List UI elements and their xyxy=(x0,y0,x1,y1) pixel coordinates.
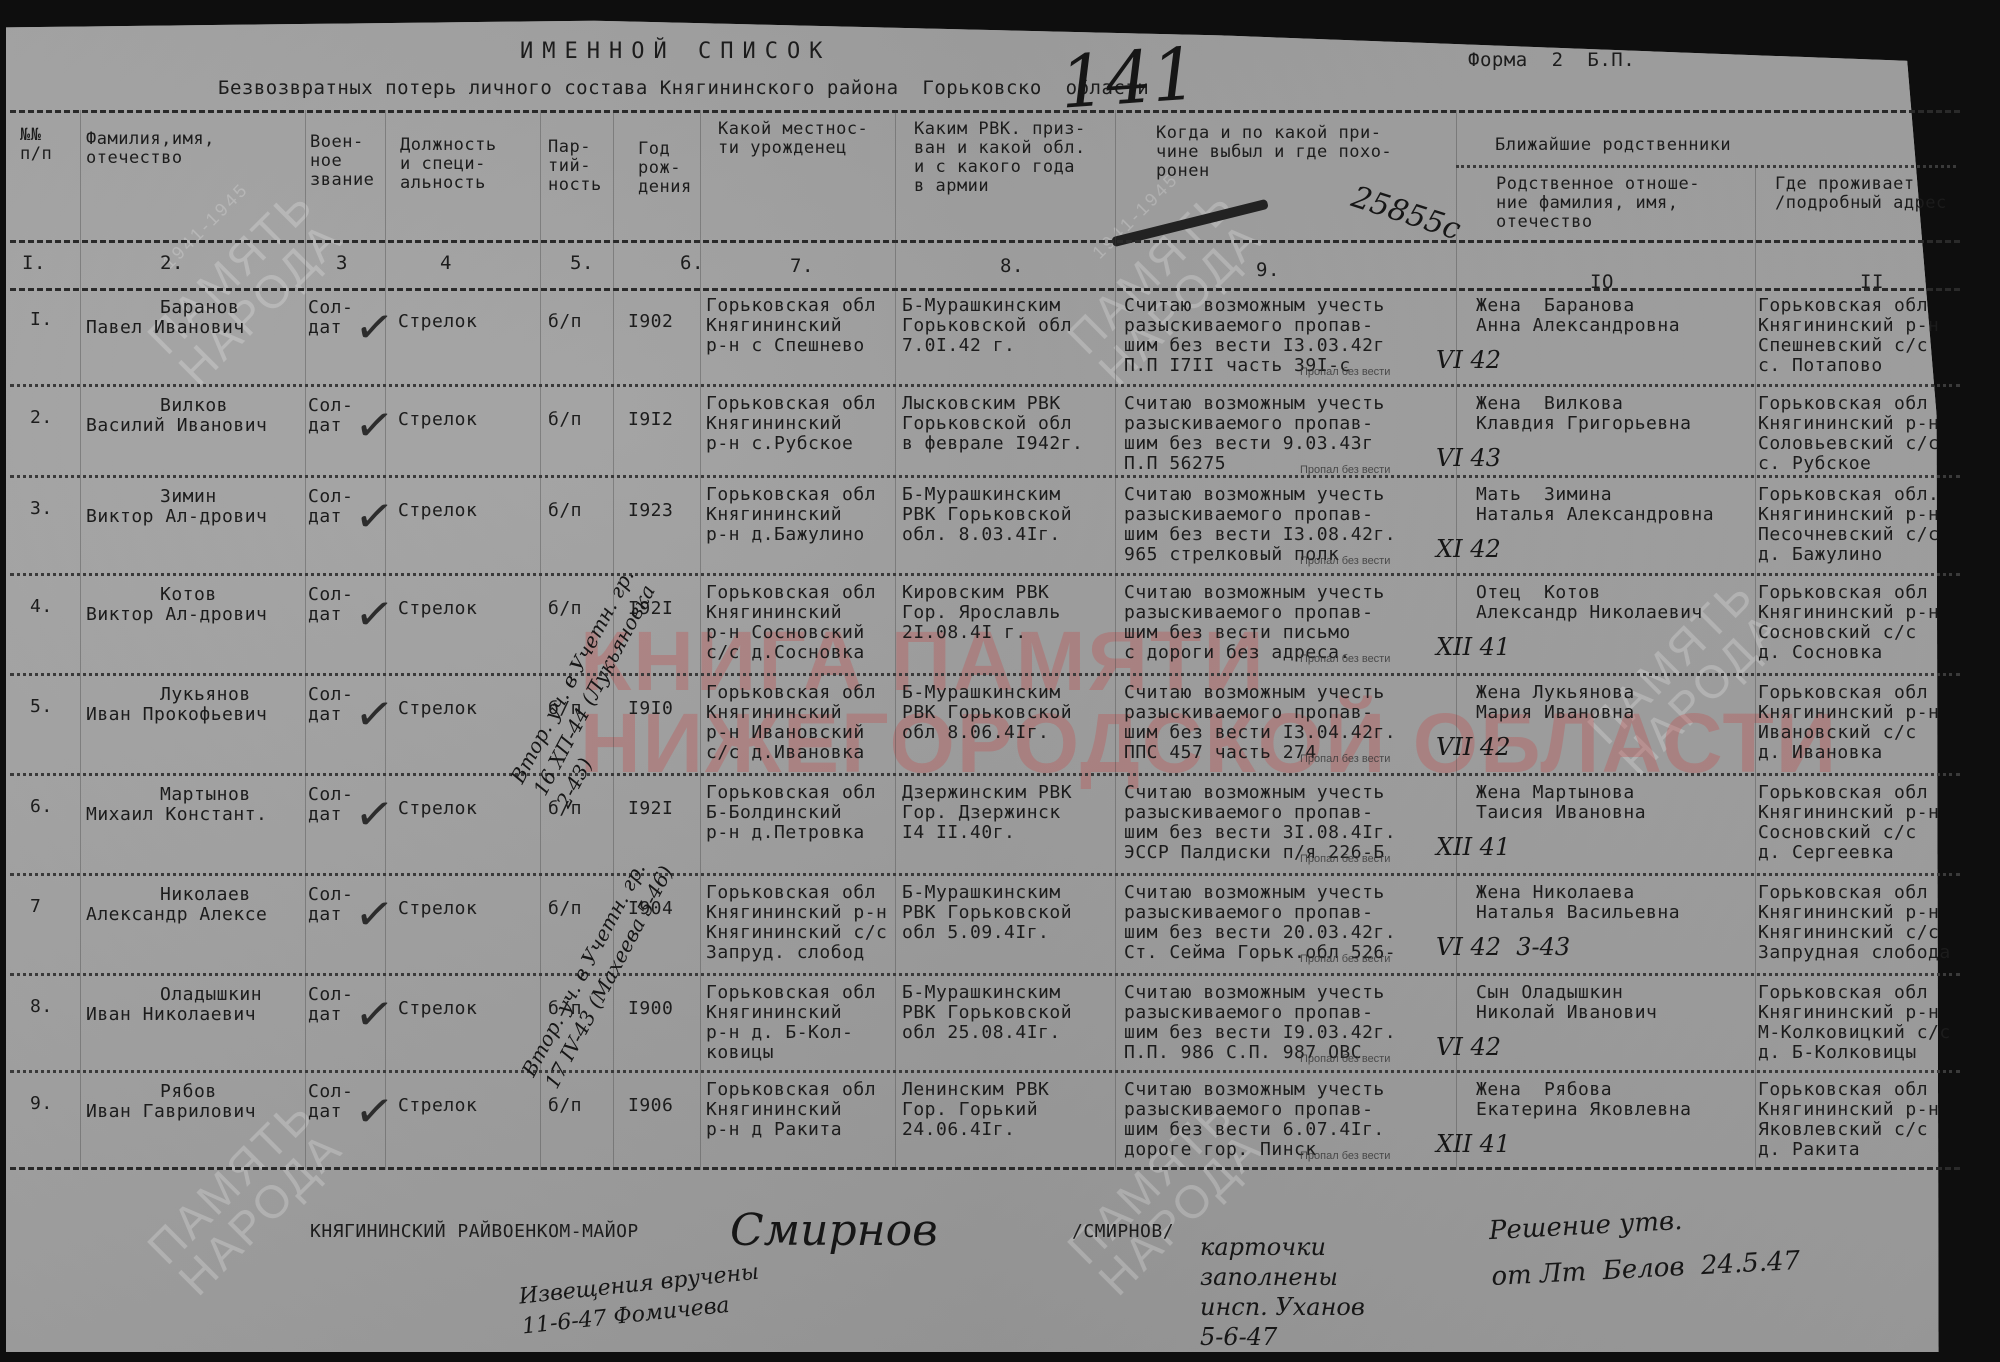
row-number: I. xyxy=(30,310,53,330)
col-number: 9. xyxy=(1256,260,1280,280)
col-number: I. xyxy=(22,253,46,273)
row-divider xyxy=(10,573,1960,576)
birth-year: I9I0 xyxy=(628,699,673,719)
row-divider xyxy=(10,773,1960,776)
relative-name: Жена Баранова Анна Александровна xyxy=(1476,296,1680,336)
loss-reason: Считаю возможным учесть разыскиваемого п… xyxy=(1124,683,1396,763)
position: Стрелок xyxy=(398,699,477,719)
party-membership: б/п xyxy=(548,899,582,919)
rank: Сол- дат xyxy=(308,396,353,436)
surname: Зимин xyxy=(160,487,217,507)
col-number: 8. xyxy=(1000,256,1024,276)
surname: Котов xyxy=(160,585,217,605)
col-number: 4 xyxy=(440,253,452,273)
lost-stamp: Пропал без вести xyxy=(1300,1053,1390,1065)
checkmark-icon: ✓ xyxy=(351,1082,397,1141)
col-divider xyxy=(540,110,541,1170)
col-header-name: Фамилия,имя, отечество xyxy=(86,130,215,168)
position: Стрелок xyxy=(398,312,477,332)
full-name: Виктор Ал-дрович xyxy=(86,507,267,527)
col-number: IO xyxy=(1590,272,1614,292)
col-number: II xyxy=(1860,272,1884,292)
full-name: Александр Алексе xyxy=(86,905,267,925)
birth-year: I9I2 xyxy=(628,410,673,430)
row-number: 7 xyxy=(30,897,41,917)
birthplace: Горьковская обл Княгининский р-н с.Рубск… xyxy=(706,394,876,454)
checkmark-icon: ✓ xyxy=(351,685,397,744)
birthplace: Горьковская обл Княгининский р-н Княгини… xyxy=(706,883,887,963)
checkmark-icon: ✓ xyxy=(351,487,397,546)
col-divider xyxy=(895,110,896,1170)
conscription-info: Б-Мурашкинским РВК Горьковской обл. 8.03… xyxy=(902,485,1072,545)
relative-name: Жена Рябова Екатерина Яковлевна xyxy=(1476,1080,1691,1120)
col-header-party: Пар- тий- ность xyxy=(548,138,602,195)
row-number: 8. xyxy=(30,997,53,1017)
col-divider xyxy=(305,110,306,1170)
checkmark-icon: ✓ xyxy=(351,396,397,455)
full-name: Виктор Ал-дрович xyxy=(86,605,267,625)
margin-date-note: VI 43 xyxy=(1436,444,1501,472)
birth-year: I902 xyxy=(628,312,673,332)
checkmark-icon: ✓ xyxy=(351,885,397,944)
checkmark-icon: ✓ xyxy=(351,298,397,357)
rank: Сол- дат xyxy=(308,585,353,625)
lost-stamp: Пропал без вести xyxy=(1300,753,1390,765)
col-divider xyxy=(1755,165,1756,1170)
position: Стрелок xyxy=(398,899,477,919)
birthplace: Горьковская обл Княгининский р-н д.Бажул… xyxy=(706,485,876,545)
party-membership: б/п xyxy=(548,312,582,332)
relative-address: Горьковская обл Княгининский р-н Яковлев… xyxy=(1758,1080,1939,1160)
relative-address: Горьковская обл Княгининский р-н Княгини… xyxy=(1758,883,1951,963)
row-divider xyxy=(10,475,1960,478)
loss-reason: Считаю возможным учесть разыскиваемого п… xyxy=(1124,296,1385,376)
col-header-birth-year: Год рож- дения xyxy=(638,140,692,197)
table-bottom-rule xyxy=(10,1167,1960,1170)
conscription-info: Кировским РВК Гор. Ярославль 2I.08.4I г. xyxy=(902,583,1061,643)
row-number: 9. xyxy=(30,1094,53,1114)
col-number: 3 xyxy=(336,253,348,273)
relative-name: Жена Вилкова Клавдия Григорьевна xyxy=(1476,394,1691,434)
conscription-info: Б-Мурашкинским РВК Горьковской обл 25.08… xyxy=(902,983,1072,1043)
colnum-bottom-rule xyxy=(10,288,1960,291)
loss-reason: Считаю возможным учесть разыскиваемого п… xyxy=(1124,983,1396,1063)
rank: Сол- дат xyxy=(308,985,353,1025)
rank: Сол- дат xyxy=(308,785,353,825)
full-name: Иван Николаевич xyxy=(86,1005,256,1025)
row-number: 6. xyxy=(30,797,53,817)
birthplace: Горьковская обл Княгининский р-н д Ракит… xyxy=(706,1080,876,1140)
surname: Николаев xyxy=(160,885,251,905)
row-divider xyxy=(10,1070,1960,1073)
lost-stamp: Пропал без вести xyxy=(1300,366,1390,378)
birthplace: Горьковская обл Княгининский р-н д. Б-Ко… xyxy=(706,983,876,1063)
handwritten-note-cards: карточки заполнены инсп. Уханов 5-6-47 xyxy=(1200,1232,1365,1352)
birthplace: Горьковская обл Княгининский р-н Ивановс… xyxy=(706,683,876,763)
loss-reason: Считаю возможным учесть разыскиваемого п… xyxy=(1124,485,1396,565)
col-header-birthplace: Какой местнос- ти урожденец xyxy=(718,120,868,158)
lost-stamp: Пропал без вести xyxy=(1300,1150,1390,1162)
loss-reason: Считаю возможным учесть разыскиваемого п… xyxy=(1124,783,1396,863)
full-name: Михаил Констант. xyxy=(86,805,267,825)
handwritten-note-decision: Решение утв. от Лт Белов 24.5.47 xyxy=(1488,1192,1801,1300)
party-membership: б/п xyxy=(548,599,582,619)
rank: Сол- дат xyxy=(308,487,353,527)
col-number: 7. xyxy=(790,256,814,276)
margin-date-note: XI 42 xyxy=(1436,535,1501,563)
col-header-reason: Когда и по какой при- чине выбыл и где п… xyxy=(1156,124,1392,181)
position: Стрелок xyxy=(398,799,477,819)
loss-reason: Считаю возможным учесть разыскиваемого п… xyxy=(1124,394,1385,474)
position: Стрелок xyxy=(398,501,477,521)
row-number: 5. xyxy=(30,697,53,717)
relative-name: Жена Николаева Наталья Васильевна xyxy=(1476,883,1680,923)
position: Стрелок xyxy=(398,599,477,619)
birthplace: Горьковская обл Княгининский р-н с Спешн… xyxy=(706,296,876,356)
birthplace: Горьковская обл Княгининский р-н Сосновс… xyxy=(706,583,876,663)
relative-address: Горьковская обл Княгининский р-н Соловье… xyxy=(1758,394,1939,474)
relative-name: Мать Зимина Наталья Александровна xyxy=(1476,485,1714,525)
rank: Сол- дат xyxy=(308,685,353,725)
party-membership: б/п xyxy=(548,1096,582,1116)
col-divider xyxy=(80,110,81,1170)
checkmark-icon: ✓ xyxy=(351,785,397,844)
col-number: 6. xyxy=(680,253,704,273)
loss-reason: Считаю возможным учесть разыскиваемого п… xyxy=(1124,883,1396,963)
margin-date-note: VI 42 xyxy=(1436,1033,1501,1061)
col-number: 2. xyxy=(160,253,184,273)
relatives-group-header: Ближайшие родственники xyxy=(1495,136,1731,155)
col-header-position: Должность и специ- альность xyxy=(400,136,497,193)
surname: Оладышкин xyxy=(160,985,262,1005)
document-subtitle: Безвозвратных потерь личного состава Кня… xyxy=(218,78,1149,98)
surname: Вилков xyxy=(160,396,228,416)
surname: Рябов xyxy=(160,1082,217,1102)
margin-date-note: VI 42 3-43 xyxy=(1436,933,1570,961)
lost-stamp: Пропал без вести xyxy=(1300,555,1390,567)
row-number: 2. xyxy=(30,408,53,428)
relative-name: Сын Оладышкин Николай Иванович xyxy=(1476,983,1657,1023)
conscription-info: Б-Мурашкинским РВК Горьковской обл 5.09.… xyxy=(902,883,1072,943)
relative-name: Отец Котов Александр Николаевич xyxy=(1476,583,1703,623)
row-number: 4. xyxy=(30,597,53,617)
position: Стрелок xyxy=(398,1096,477,1116)
row-divider xyxy=(10,973,1960,976)
rank: Сол- дат xyxy=(308,298,353,338)
birth-year: I92I xyxy=(628,799,673,819)
margin-date-note: VI 42 xyxy=(1436,346,1501,374)
checkmark-icon: ✓ xyxy=(351,585,397,644)
full-name: Иван Гаврилович xyxy=(86,1102,256,1122)
col-header-conscripted: Каким РВК. приз- ван и какой обл. и с ка… xyxy=(914,120,1086,196)
conscription-info: Б-Мурашкинским РВК Горьковской обл 8.06.… xyxy=(902,683,1072,743)
party-membership: б/п xyxy=(548,410,582,430)
surname: Баранов xyxy=(160,298,239,318)
col-number: 5. xyxy=(570,253,594,273)
position: Стрелок xyxy=(398,410,477,430)
relative-address: Горьковская обл Княгининский р-н Сосновс… xyxy=(1758,783,1939,863)
birthplace: Горьковская обл Б-Болдинский р-н д.Петро… xyxy=(706,783,876,843)
margin-date-note: XII 41 xyxy=(1436,833,1510,861)
full-name: Василий Иванович xyxy=(86,416,267,436)
conscription-info: Ленинским РВК Гор. Горький 24.06.4Iг. xyxy=(902,1080,1049,1140)
margin-date-note: VII 42 xyxy=(1436,733,1510,761)
row-divider xyxy=(10,673,1960,676)
margin-date-note: XII 41 xyxy=(1436,1130,1510,1158)
surname: Лукьянов xyxy=(160,685,251,705)
relative-address: Горьковская обл Княгининский р-н Спешнев… xyxy=(1758,296,1939,376)
row-divider xyxy=(10,873,1960,876)
document-title: ИМЕННОЙ СПИСОК xyxy=(520,42,831,62)
relative-address: Горьковская обл Княгининский р-н Ивановс… xyxy=(1758,683,1939,763)
relatives-subheader-rule xyxy=(1456,165,1956,168)
lost-stamp: Пропал без вести xyxy=(1300,853,1390,865)
full-name: Иван Прокофьевич xyxy=(86,705,267,725)
header-bottom-rule xyxy=(10,240,1960,243)
loss-reason: Считаю возможным учесть разыскиваемого п… xyxy=(1124,1080,1385,1160)
full-name: Павел Иванович xyxy=(86,318,245,338)
loss-reason: Считаю возможным учесть разыскиваемого п… xyxy=(1124,583,1385,663)
surname: Мартынов xyxy=(160,785,251,805)
checkmark-icon: ✓ xyxy=(351,985,397,1044)
relative-name: Жена Лукьянова Мария Ивановна xyxy=(1476,683,1635,723)
relative-address: Горьковская обл Княгининский р-н Сосновс… xyxy=(1758,583,1939,663)
rank: Сол- дат xyxy=(308,885,353,925)
birth-year: I923 xyxy=(628,501,673,521)
signature: Смирнов xyxy=(730,1205,938,1256)
lost-stamp: Пропал без вести xyxy=(1300,953,1390,965)
table-top-rule xyxy=(10,110,1960,113)
lost-stamp: Пропал без вести xyxy=(1300,653,1390,665)
row-divider xyxy=(10,384,1960,387)
relative-address: Горьковская обл. Княгининский р-н Песочн… xyxy=(1758,485,1939,565)
signer-name: /СМИРНОВ/ xyxy=(1072,1222,1174,1242)
birth-year: I900 xyxy=(628,999,673,1019)
form-label: Форма 2 Б.П. xyxy=(1468,50,1635,70)
col-header-rank: Воен- ное звание xyxy=(310,133,374,190)
party-membership: б/п xyxy=(548,501,582,521)
relative-address: Горьковская обл Княгининский р-н М-Колко… xyxy=(1758,983,1951,1063)
row-number: 3. xyxy=(30,499,53,519)
lost-stamp: Пропал без вести xyxy=(1300,464,1390,476)
conscription-info: Лысковским РВК Горьковской обл в феврале… xyxy=(902,394,1083,454)
position: Стрелок xyxy=(398,999,477,1019)
col-header-address: Где проживает /подробный адрес xyxy=(1775,175,1947,213)
birth-year: I906 xyxy=(628,1096,673,1116)
conscription-info: Б-Мурашкинским Горьковской обл 7.0I.42 г… xyxy=(902,296,1072,356)
conscription-info: Дзержинским РВК Гор. Дзержинск I4 II.40г… xyxy=(902,783,1072,843)
col-header-number: №№ п/п xyxy=(20,126,52,164)
col-header-relative: Родственное отноше- ние фамилия, имя, от… xyxy=(1496,175,1700,232)
signer-title: КНЯГИНИНСКИЙ РАЙВОЕНКОМ-МАЙОР xyxy=(310,1222,639,1242)
rank: Сол- дат xyxy=(308,1082,353,1122)
margin-date-note: XII 41 xyxy=(1436,633,1510,661)
relative-name: Жена Мартынова Таисия Ивановна xyxy=(1476,783,1646,823)
col-divider xyxy=(1115,110,1116,1170)
